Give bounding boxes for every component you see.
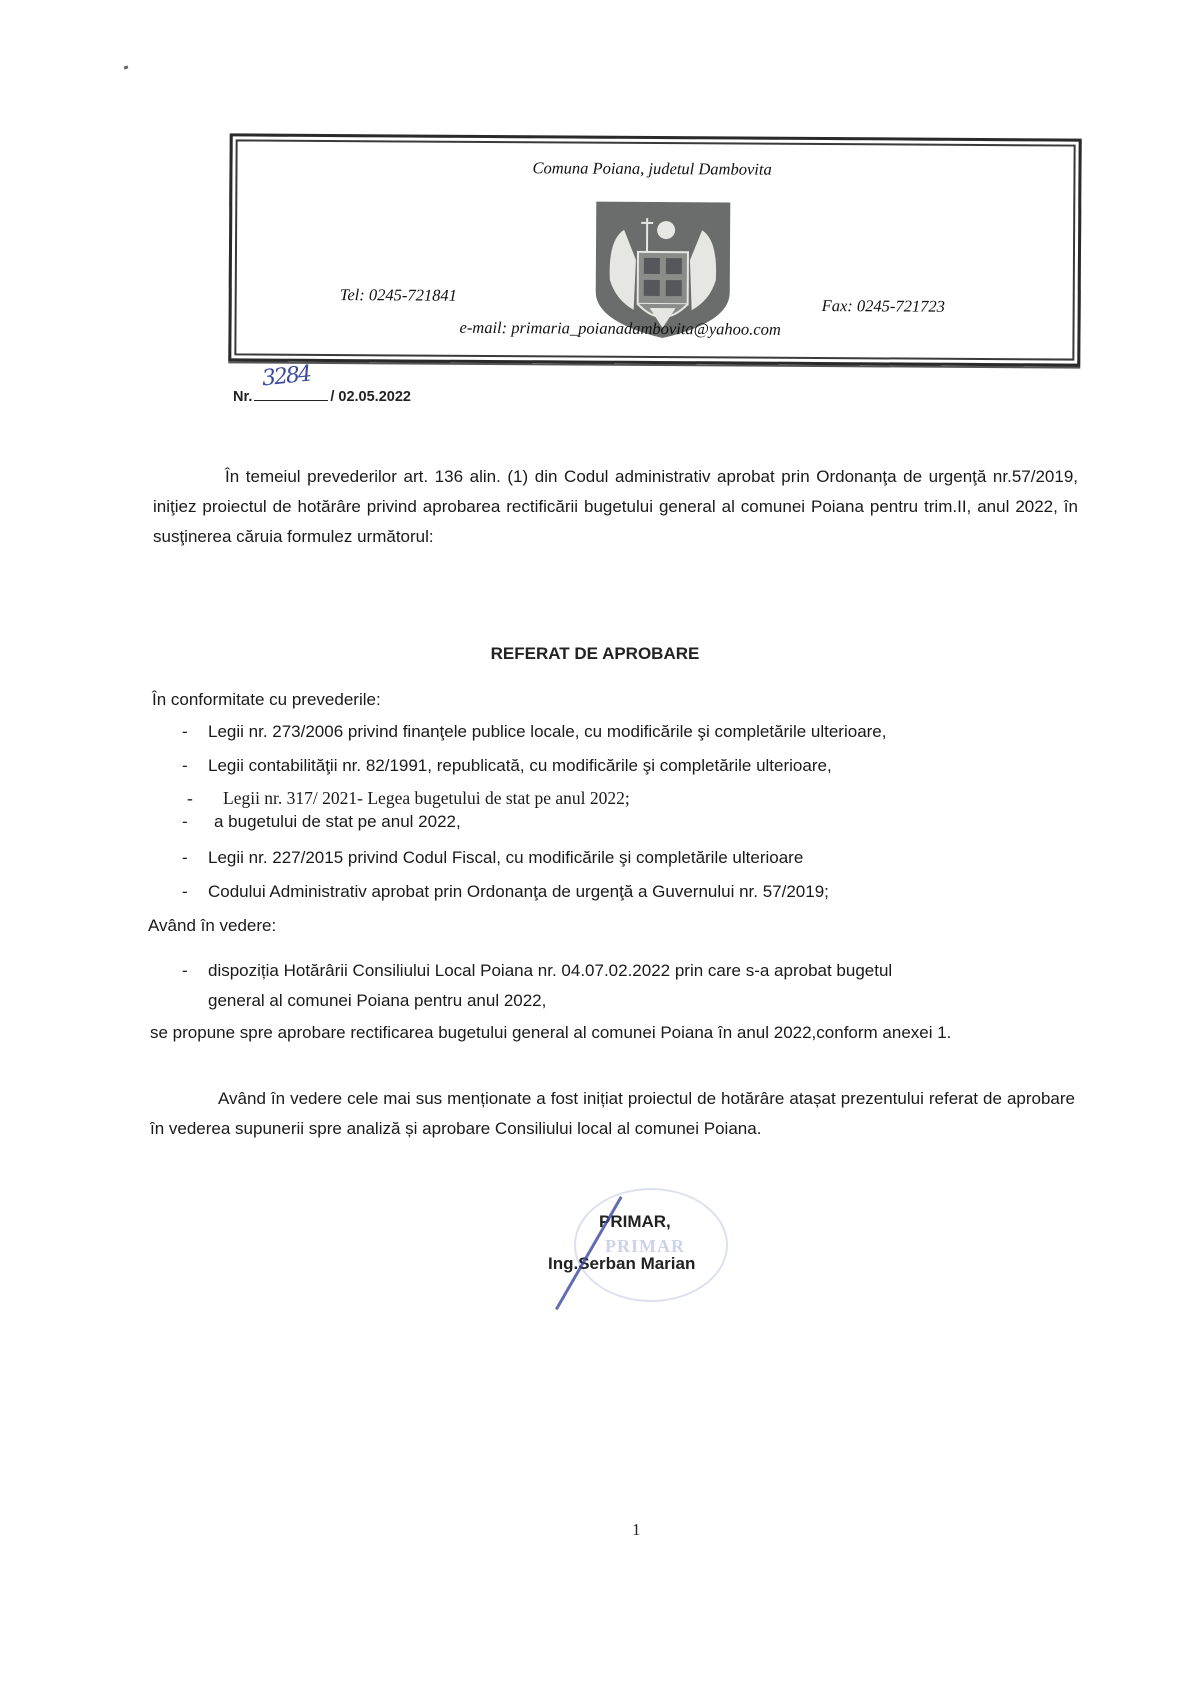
list-item: -Legii contabilităţii nr. 82/1991, repub… bbox=[182, 756, 832, 776]
intro-paragraph: În temeiul prevederilor art. 136 alin. (… bbox=[153, 462, 1078, 552]
list-item: -a bugetului de stat pe anul 2022, bbox=[182, 812, 461, 832]
nr-field: 3284 bbox=[254, 386, 328, 401]
closing-paragraph: Având în vedere cele mai sus menționate … bbox=[150, 1084, 1075, 1144]
nr-prefix: Nr. bbox=[233, 389, 252, 405]
registration-date: / 02.05.2022 bbox=[330, 389, 411, 405]
registration-number: Nr.3284/ 02.05.2022 bbox=[233, 386, 411, 405]
fax: Fax: 0245-721723 bbox=[822, 296, 945, 317]
dash-bullet: - bbox=[182, 848, 208, 868]
list-item: -Legii nr. 273/2006 privind finanţele pu… bbox=[182, 722, 887, 742]
list-item: -Legii nr. 227/2015 privind Codul Fiscal… bbox=[182, 848, 803, 868]
document-title: REFERAT DE APROBARE bbox=[0, 644, 1190, 664]
signatory-name: Ing.Serban Marian bbox=[548, 1254, 695, 1274]
list-item: -Codului Administrativ aprobat prin Ordo… bbox=[182, 882, 829, 902]
dash-bullet: - bbox=[182, 722, 208, 742]
dash-bullet: - bbox=[182, 756, 208, 776]
page-number: 1 bbox=[632, 1520, 641, 1540]
considering-label: Având în vedere: bbox=[148, 916, 276, 936]
dash-bullet: - bbox=[187, 788, 223, 809]
letterhead-box: Comuna Poiana, judetul Dambovita Tel: 02… bbox=[228, 133, 1081, 366]
document-page: Comuna Poiana, judetul Dambovita Tel: 02… bbox=[0, 0, 1190, 1684]
proposal-paragraph: se propune spre aprobare rectificarea bu… bbox=[150, 1018, 1075, 1048]
considering-item: -dispoziția Hotărârii Consiliului Local … bbox=[182, 956, 1077, 1016]
conformity-label: În conformitate cu prevederile: bbox=[152, 690, 381, 710]
handwritten-number: 3284 bbox=[261, 362, 311, 392]
institution-name: Comuna Poiana, judetul Dambovita bbox=[532, 158, 771, 179]
dash-bullet: - bbox=[182, 882, 208, 902]
telephone: Tel: 0245-721841 bbox=[340, 285, 457, 306]
scan-speck bbox=[124, 65, 129, 69]
dash-bullet: - bbox=[182, 812, 214, 832]
dash-bullet: - bbox=[182, 956, 208, 986]
list-item: -Legii nr. 317/ 2021- Legea bugetului de… bbox=[187, 788, 630, 809]
email: e-mail: primaria_poianadambovita@yahoo.c… bbox=[459, 318, 780, 340]
